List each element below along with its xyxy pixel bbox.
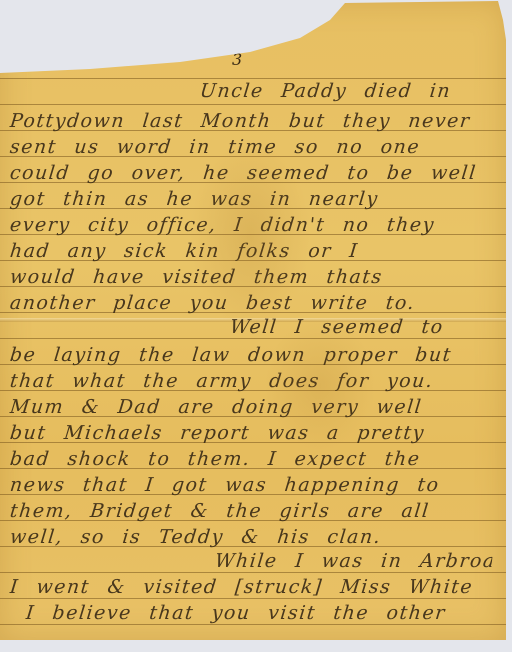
ruled-line: [0, 572, 506, 573]
letter-line: sent us word in time so no one: [9, 136, 493, 158]
page-number: 3: [232, 50, 242, 69]
letter-line: but Michaels report was a pretty: [9, 422, 493, 444]
letter-line: that what the army does for you.: [9, 370, 493, 392]
letter-line: every city office, I didn't no they: [9, 214, 493, 236]
letter-line: Pottydown last Month but they never: [9, 110, 493, 132]
letter-line: bad shock to them. I expect the: [9, 448, 493, 470]
letter-line: be laying the law down proper but: [9, 344, 493, 366]
letter-line: While I was in Arbroath: [214, 550, 493, 572]
letter-line: I went & visited [struck] Miss White: [9, 576, 493, 598]
letter-line: news that I got was happening to: [9, 474, 493, 496]
letter-line: them, Bridget & the girls are all: [9, 500, 493, 522]
letter-line: Well I seemed to: [229, 316, 493, 338]
letter-line: would have visited them thats: [9, 266, 493, 288]
ruled-line: [0, 78, 506, 79]
ruled-line: [0, 338, 506, 339]
ruled-line: [0, 598, 506, 599]
letter-line: had any sick kin folks or I: [9, 240, 493, 262]
letter-line: got thin as he was in nearly: [9, 188, 493, 210]
ruled-line: [0, 104, 506, 105]
letter-line: could go over, he seemed to be well: [9, 162, 493, 184]
letter-page: 3 Uncle Paddy died in Pottydown last Mon…: [0, 0, 506, 640]
letter-line: Mum & Dad are doing very well: [9, 396, 493, 418]
letter-line: well, so is Teddy & his clan.: [9, 526, 493, 548]
letter-line: Uncle Paddy died in: [199, 80, 493, 102]
letter-line: I believe that you visit the other: [25, 602, 493, 624]
ruled-line: [0, 624, 506, 625]
letter-line: another place you best write to.: [9, 292, 493, 314]
